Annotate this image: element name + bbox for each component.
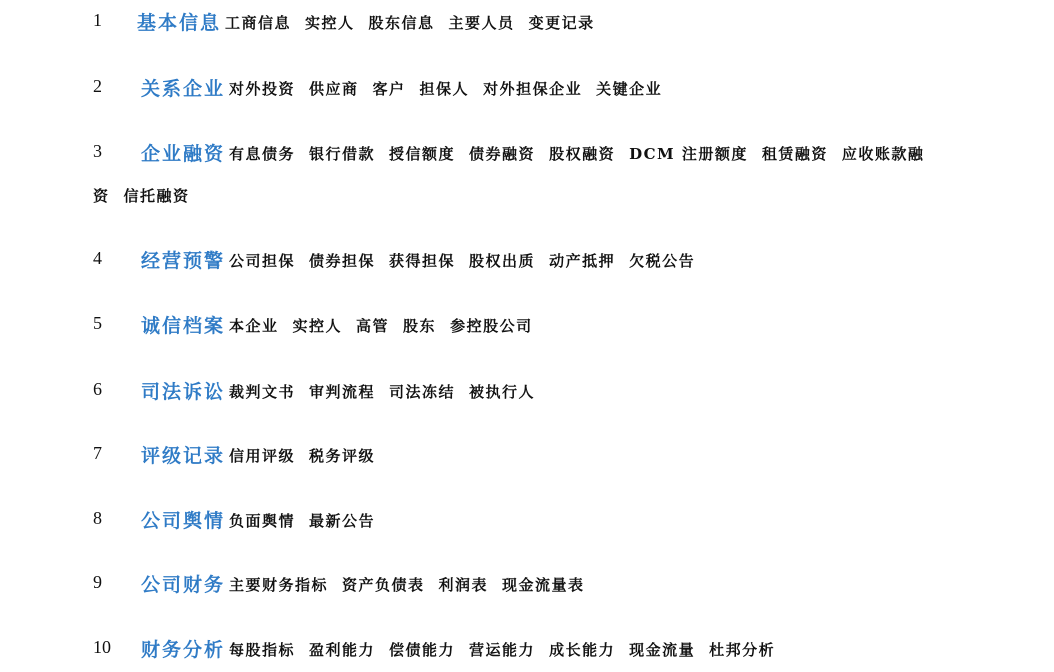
row-number: 8 — [93, 508, 102, 529]
sub-item-link[interactable]: 股权融资 — [549, 145, 615, 163]
category-link[interactable]: 财务分析 — [141, 635, 225, 662]
sub-item-link[interactable]: 实控人 — [293, 317, 343, 335]
category-link[interactable]: 基本信息 — [137, 8, 221, 35]
sub-item-link[interactable]: 关键企业 — [596, 80, 662, 98]
sub-item-link[interactable]: 资 — [93, 187, 110, 205]
sub-item-link[interactable]: 信托融资 — [124, 187, 190, 205]
row-number: 5 — [93, 313, 102, 334]
sub-item-link[interactable]: 获得担保 — [389, 252, 455, 270]
sub-items-continued: 资信托融资 — [93, 185, 204, 206]
sub-item-link[interactable]: 裁判文书 — [229, 383, 295, 401]
sub-item-link[interactable]: 本企业 — [229, 317, 279, 335]
sub-item-link[interactable]: 利润表 — [439, 576, 489, 594]
sub-item-link[interactable]: 成长能力 — [549, 641, 615, 659]
category-link[interactable]: 关系企业 — [141, 74, 225, 101]
sub-item-link[interactable]: 盈利能力 — [309, 641, 375, 659]
sub-item-link[interactable]: 现金流量表 — [502, 576, 585, 594]
category-link[interactable]: 企业融资 — [141, 139, 225, 166]
sub-item-link[interactable]: 工商信息 — [225, 14, 291, 32]
sub-item-link[interactable]: DCM 注册额度 — [629, 145, 748, 163]
sub-item-link[interactable]: 信用评级 — [229, 447, 295, 465]
sub-items: 有息债务银行借款授信额度债券融资股权融资DCM 注册额度租赁融资应收账款融 — [229, 143, 938, 164]
row-number: 9 — [93, 572, 102, 593]
sub-items: 工商信息实控人股东信息主要人员变更记录 — [225, 12, 609, 33]
row-number: 7 — [93, 443, 102, 464]
sub-item-link[interactable]: 现金流量 — [629, 641, 695, 659]
row-number: 3 — [93, 141, 102, 162]
sub-item-link[interactable]: 授信额度 — [389, 145, 455, 163]
sub-items: 本企业实控人高管股东参控股公司 — [229, 315, 547, 336]
sub-item-link[interactable]: 参控股公司 — [450, 317, 533, 335]
sub-item-link[interactable]: 高管 — [356, 317, 389, 335]
row-number: 1 — [93, 10, 102, 31]
sub-item-link[interactable]: 资产负债表 — [342, 576, 425, 594]
row-number: 4 — [93, 248, 102, 269]
category-link[interactable]: 公司财务 — [141, 570, 225, 597]
sub-item-link[interactable]: 偿债能力 — [389, 641, 455, 659]
sub-item-link[interactable]: 主要人员 — [449, 14, 515, 32]
sub-items: 对外投资供应商客户担保人对外担保企业关键企业 — [229, 78, 676, 99]
row-number: 10 — [93, 637, 111, 658]
sub-item-link[interactable]: 应收账款融 — [842, 145, 925, 163]
sub-items: 信用评级税务评级 — [229, 445, 389, 466]
sub-item-link[interactable]: 客户 — [373, 80, 406, 98]
sub-item-link[interactable]: 股东信息 — [369, 14, 435, 32]
sub-item-link[interactable]: 对外投资 — [229, 80, 295, 98]
category-link[interactable]: 诚信档案 — [141, 311, 225, 338]
sub-item-link[interactable]: 主要财务指标 — [229, 576, 328, 594]
sub-item-link[interactable]: 被执行人 — [469, 383, 535, 401]
sub-item-link[interactable]: 租赁融资 — [762, 145, 828, 163]
row-number: 6 — [93, 379, 102, 400]
sub-item-link[interactable]: 审判流程 — [309, 383, 375, 401]
sub-item-link[interactable]: 最新公告 — [309, 512, 375, 530]
sub-items: 裁判文书审判流程司法冻结被执行人 — [229, 381, 549, 402]
sub-item-link[interactable]: 银行借款 — [309, 145, 375, 163]
sub-item-link[interactable]: 股权出质 — [469, 252, 535, 270]
category-link[interactable]: 评级记录 — [141, 441, 225, 468]
sub-item-link[interactable]: 营运能力 — [469, 641, 535, 659]
sub-item-link[interactable]: 实控人 — [305, 14, 355, 32]
sub-item-link[interactable]: 有息债务 — [229, 145, 295, 163]
category-link[interactable]: 司法诉讼 — [141, 377, 225, 404]
sub-items: 主要财务指标资产负债表利润表现金流量表 — [229, 574, 599, 595]
sub-items: 每股指标盈利能力偿债能力营运能力成长能力现金流量杜邦分析 — [229, 639, 789, 660]
category-link[interactable]: 经营预警 — [141, 246, 225, 273]
category-link[interactable]: 公司舆情 — [141, 506, 225, 533]
sub-item-link[interactable]: 欠税公告 — [629, 252, 695, 270]
sub-item-link[interactable]: 杜邦分析 — [709, 641, 775, 659]
sub-item-link[interactable]: 动产抵押 — [549, 252, 615, 270]
row-number: 2 — [93, 76, 102, 97]
sub-item-link[interactable]: 债券担保 — [309, 252, 375, 270]
sub-item-link[interactable]: 公司担保 — [229, 252, 295, 270]
sub-item-link[interactable]: 供应商 — [309, 80, 359, 98]
sub-item-link[interactable]: 司法冻结 — [389, 383, 455, 401]
sub-item-link[interactable]: 对外担保企业 — [483, 80, 582, 98]
sub-item-link[interactable]: 负面舆情 — [229, 512, 295, 530]
sub-items: 公司担保债券担保获得担保股权出质动产抵押欠税公告 — [229, 250, 709, 271]
sub-item-link[interactable]: 债券融资 — [469, 145, 535, 163]
sub-item-link[interactable]: 担保人 — [420, 80, 470, 98]
sub-item-link[interactable]: 每股指标 — [229, 641, 295, 659]
sub-item-link[interactable]: 税务评级 — [309, 447, 375, 465]
sub-item-link[interactable]: 股东 — [403, 317, 436, 335]
sub-item-link[interactable]: 变更记录 — [529, 14, 595, 32]
sub-items: 负面舆情最新公告 — [229, 510, 389, 531]
